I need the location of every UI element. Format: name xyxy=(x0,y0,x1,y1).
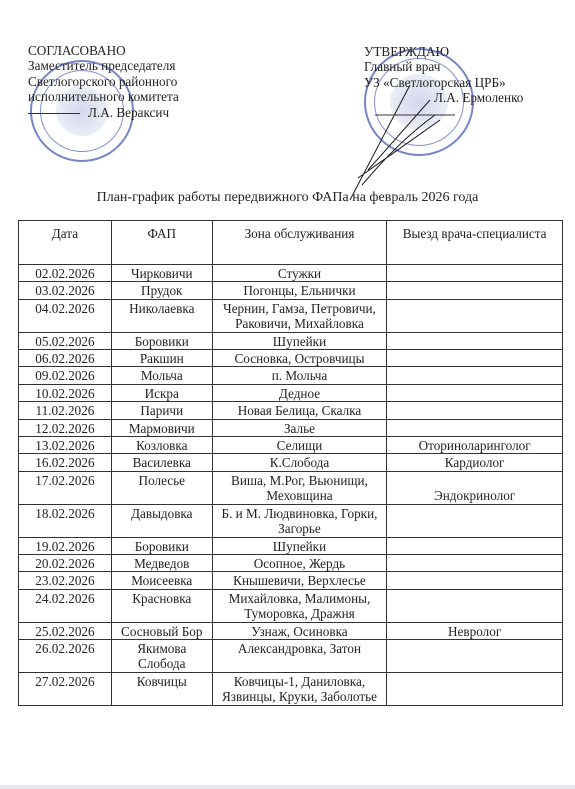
cell-zone: Дедное xyxy=(212,384,387,401)
cell-specialist xyxy=(387,572,563,589)
cell-zone: Кнышевичи, Верхлесье xyxy=(212,572,387,589)
cell-specialist xyxy=(387,282,563,299)
cell-specialist: Кардиолог xyxy=(387,454,563,471)
table-row: 17.02.2026ПолесьеВиша, М.Рог, Вьюнищи, М… xyxy=(19,471,563,504)
table-row: 20.02.2026МедведовОсопное, Жердь xyxy=(19,554,563,571)
cell-date: 13.02.2026 xyxy=(19,437,112,454)
cell-fap: Сосновый Бор xyxy=(111,622,212,639)
table-row: 06.02.2026РакшинСосновка, Островчицы xyxy=(19,350,563,367)
cell-date: 02.02.2026 xyxy=(19,265,112,282)
cell-date: 12.02.2026 xyxy=(19,419,112,436)
cell-zone: Виша, М.Рог, Вьюнищи, Меховщина xyxy=(212,471,387,504)
cell-date: 10.02.2026 xyxy=(19,384,112,401)
cell-date: 06.02.2026 xyxy=(19,350,112,367)
table-row: 19.02.2026БоровикиШупейки xyxy=(19,537,563,554)
cell-date: 04.02.2026 xyxy=(19,299,112,332)
document-title: План-график работы передвижного ФАПа на … xyxy=(0,190,575,206)
cell-specialist xyxy=(387,367,563,384)
cell-specialist xyxy=(387,299,563,332)
cell-zone: Селищи xyxy=(212,437,387,454)
cell-fap: Ковчицы xyxy=(111,672,212,705)
approval-line: исполнительного комитета xyxy=(28,89,179,104)
table-row: 04.02.2026НиколаевкаЧернин, Гамза, Петро… xyxy=(19,299,563,332)
cell-fap: Полесье xyxy=(111,471,212,504)
table-header-row: Дата ФАП Зона обслуживания Выезд врача-с… xyxy=(19,221,563,265)
cell-specialist xyxy=(387,672,563,705)
table-row: 10.02.2026ИскраДедное xyxy=(19,384,563,401)
table-row: 02.02.2026ЧирковичиСтужки xyxy=(19,265,563,282)
cell-specialist xyxy=(387,384,563,401)
approval-heading-right: УТВЕРЖДАЮ xyxy=(364,44,523,59)
cell-date: 24.02.2026 xyxy=(19,589,112,622)
cell-date: 18.02.2026 xyxy=(19,504,112,537)
table-row: 03.02.2026ПрудокПогонцы, Ельнички xyxy=(19,282,563,299)
cell-fap: Паричи xyxy=(111,402,212,419)
cell-specialist: Невролог xyxy=(387,622,563,639)
cell-date: 26.02.2026 xyxy=(19,639,112,672)
cell-zone: Шупейки xyxy=(212,332,387,349)
approval-line: Светлогорского районного xyxy=(28,74,179,89)
document-page: СОГЛАСОВАНО Заместитель председателя Све… xyxy=(0,0,575,785)
table-row: 12.02.2026МармовичиЗалье xyxy=(19,419,563,436)
cell-fap: Давыдовка xyxy=(111,504,212,537)
table-row: 23.02.2026МоисеевкаКнышевичи, Верхлесье xyxy=(19,572,563,589)
cell-date: 09.02.2026 xyxy=(19,367,112,384)
table-row: 13.02.2026КозловкаСелищиОториноларинголо… xyxy=(19,437,563,454)
cell-date: 20.02.2026 xyxy=(19,554,112,571)
cell-zone: Александровка, Затон xyxy=(212,639,387,672)
approval-line: Заместитель председателя xyxy=(28,58,179,73)
header-zone: Зона обслуживания xyxy=(212,221,387,265)
approval-block-left: СОГЛАСОВАНО Заместитель председателя Све… xyxy=(28,43,179,120)
cell-date: 17.02.2026 xyxy=(19,471,112,504)
cell-fap: Красновка xyxy=(111,589,212,622)
cell-zone: п. Мольча xyxy=(212,367,387,384)
cell-fap: Николаевка xyxy=(111,299,212,332)
cell-zone: К.Слобода xyxy=(212,454,387,471)
cell-fap: Прудок xyxy=(111,282,212,299)
cell-date: 19.02.2026 xyxy=(19,537,112,554)
cell-date: 03.02.2026 xyxy=(19,282,112,299)
cell-fap: Искра xyxy=(111,384,212,401)
cell-fap: Ракшин xyxy=(111,350,212,367)
cell-date: 25.02.2026 xyxy=(19,622,112,639)
cell-fap: Медведов xyxy=(111,554,212,571)
cell-fap: Мармовичи xyxy=(111,419,212,436)
table-row: 16.02.2026ВасилевкаК.СлободаКардиолог xyxy=(19,454,563,471)
table-row: 24.02.2026КрасновкаМихайловка, Малимоны,… xyxy=(19,589,563,622)
cell-specialist xyxy=(387,265,563,282)
cell-specialist: Оториноларинголог xyxy=(387,437,563,454)
cell-specialist xyxy=(387,639,563,672)
cell-specialist xyxy=(387,350,563,367)
schedule-table: Дата ФАП Зона обслуживания Выезд врача-с… xyxy=(18,220,563,706)
cell-zone: Стужки xyxy=(212,265,387,282)
cell-specialist xyxy=(387,504,563,537)
cell-zone: Михайловка, Малимоны, Туморовка, Дражня xyxy=(212,589,387,622)
cell-fap: Козловка xyxy=(111,437,212,454)
table-row: 27.02.2026КовчицыКовчицы-1, Даниловка, Я… xyxy=(19,672,563,705)
table-row: 11.02.2026ПаричиНовая Белица, Скалка xyxy=(19,402,563,419)
cell-date: 16.02.2026 xyxy=(19,454,112,471)
table-row: 25.02.2026Сосновый БорУзнаж, ОсиновкаНев… xyxy=(19,622,563,639)
cell-zone: Ковчицы-1, Даниловка, Язвинцы, Круки, За… xyxy=(212,672,387,705)
cell-specialist xyxy=(387,402,563,419)
table-row: 18.02.2026ДавыдовкаБ. и М. Людвиновка, Г… xyxy=(19,504,563,537)
cell-fap: Василевка xyxy=(111,454,212,471)
header-fap: ФАП xyxy=(111,221,212,265)
cell-specialist xyxy=(387,419,563,436)
cell-zone: Чернин, Гамза, Петровичи, Раковичи, Миха… xyxy=(212,299,387,332)
cell-zone: Б. и М. Людвиновка, Горки, Загорье xyxy=(212,504,387,537)
signature-line xyxy=(28,113,80,114)
signatory-left: Л.А. Вераксич xyxy=(88,105,169,120)
cell-date: 23.02.2026 xyxy=(19,572,112,589)
cell-zone: Шупейки xyxy=(212,537,387,554)
cell-fap: Моисеевка xyxy=(111,572,212,589)
cell-fap: Якимова Слобода xyxy=(111,639,212,672)
cell-zone: Залье xyxy=(212,419,387,436)
cell-fap: Боровики xyxy=(111,332,212,349)
table-row: 26.02.2026Якимова СлободаАлександровка, … xyxy=(19,639,563,672)
cell-fap: Боровики xyxy=(111,537,212,554)
cell-zone: Сосновка, Островчицы xyxy=(212,350,387,367)
cell-specialist xyxy=(387,537,563,554)
header-date: Дата xyxy=(19,221,112,265)
cell-fap: Чирковичи xyxy=(111,265,212,282)
cell-zone: Узнаж, Осиновка xyxy=(212,622,387,639)
cell-specialist: Эндокринолог xyxy=(387,471,563,504)
cell-specialist xyxy=(387,554,563,571)
cell-date: 27.02.2026 xyxy=(19,672,112,705)
cell-zone: Новая Белица, Скалка xyxy=(212,402,387,419)
approval-heading-left: СОГЛАСОВАНО xyxy=(28,43,179,58)
cell-zone: Осопное, Жердь xyxy=(212,554,387,571)
table-row: 09.02.2026Мольчап. Мольча xyxy=(19,367,563,384)
cell-specialist xyxy=(387,589,563,622)
header-specialist: Выезд врача-специалиста xyxy=(387,221,563,265)
cell-specialist xyxy=(387,332,563,349)
cell-zone: Погонцы, Ельнички xyxy=(212,282,387,299)
table-row: 05.02.2026БоровикиШупейки xyxy=(19,332,563,349)
cell-fap: Мольча xyxy=(111,367,212,384)
cell-date: 05.02.2026 xyxy=(19,332,112,349)
bottom-edge xyxy=(0,785,575,789)
signature-scribble xyxy=(340,60,460,210)
cell-date: 11.02.2026 xyxy=(19,402,112,419)
